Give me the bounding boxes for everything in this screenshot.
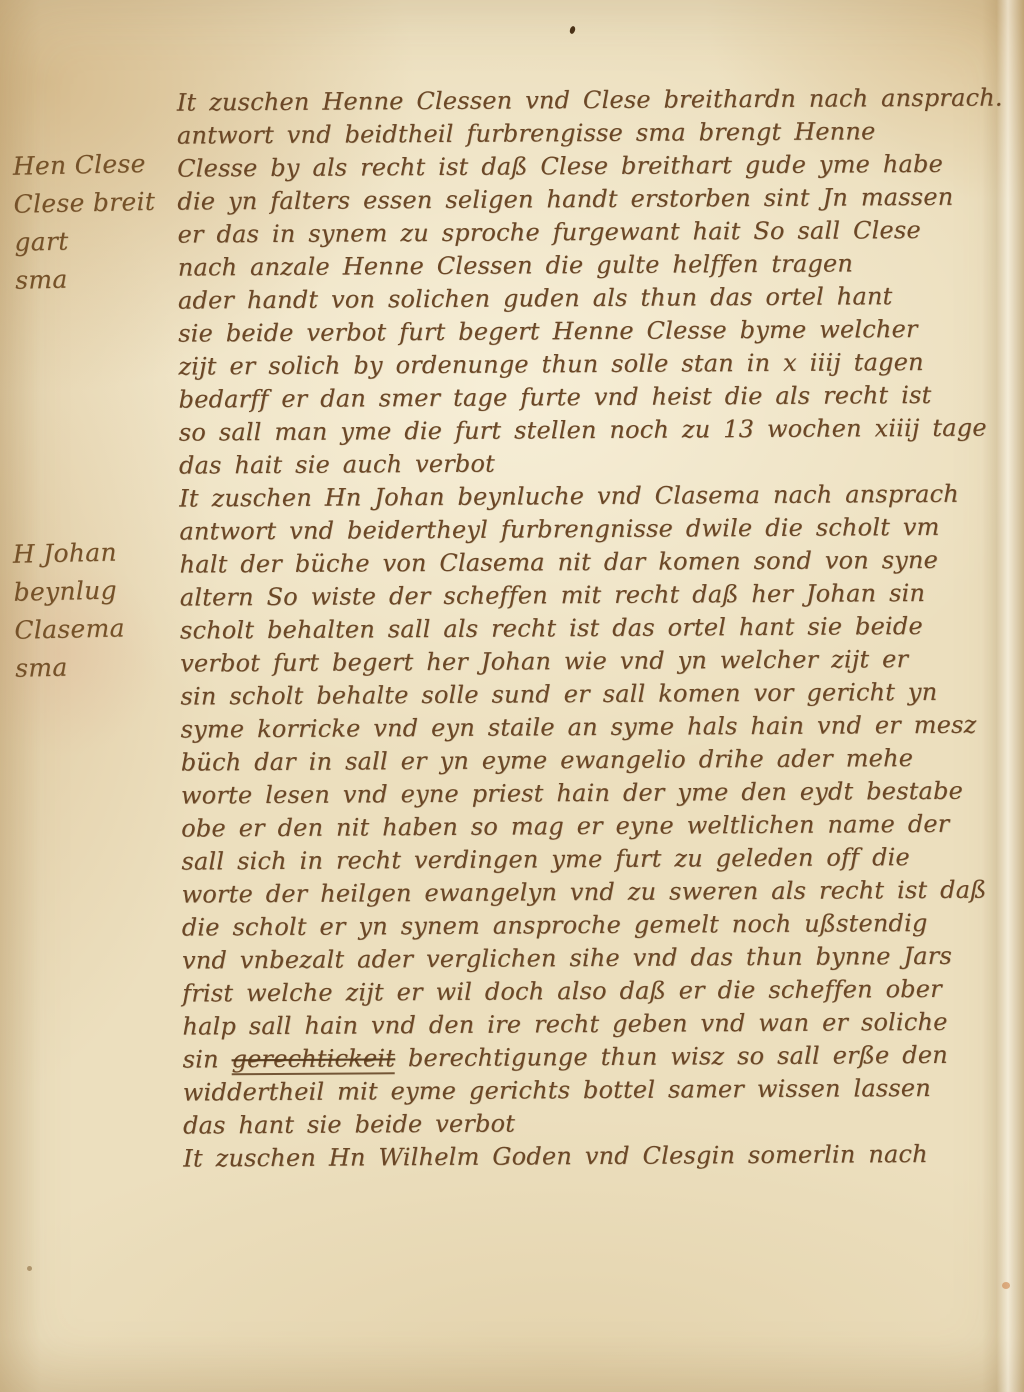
text-line: sie beide verbot furt begert Henne Cless… <box>178 312 1016 350</box>
text-line: altern So wiste der scheffen mit recht d… <box>180 576 1018 614</box>
text-block: It zuschen Henne Clessen vnd Clese breit… <box>177 81 1022 1175</box>
text-line: Clesse by als recht ist daß Clese breith… <box>177 147 1015 185</box>
text-line: halt der büche von Clasema nit dar komen… <box>180 543 1018 581</box>
text-fragment: berechtigunge thun wisz so sall erße den <box>395 1041 948 1072</box>
margin-note-line: gart <box>14 220 180 261</box>
text-line: vnd vnbezalt ader verglichen sihe vnd da… <box>182 939 1020 977</box>
text-line: er das in synem zu sproche furgewant hai… <box>177 213 1015 251</box>
text-line: syme korricke vnd eyn staile an syme hal… <box>181 708 1019 746</box>
paragraph: It zuschen Henne Clessen vnd Clese breit… <box>177 81 1017 482</box>
ink-dot <box>569 25 576 34</box>
text-line: so sall man yme die furt stellen noch zu… <box>179 411 1017 449</box>
paper-fleck <box>27 1266 32 1271</box>
margin-note-line: sma <box>15 646 181 687</box>
text-line: antwort vnd beidertheyl furbrengnisse dw… <box>179 510 1017 548</box>
margin-note-case-1: Hen CleseClese breitgartsma <box>12 144 180 299</box>
text-line: die scholt er yn synem ansproche gemelt … <box>182 906 1020 944</box>
text-line: das hant sie beide verbot <box>183 1104 1021 1142</box>
paragraph: It zuschen Hn Wilhelm Goden vnd Clesgin … <box>183 1137 1021 1175</box>
margin-note-line: beynlug <box>13 570 179 611</box>
text-line: das hait sie auch verbot <box>179 444 1017 482</box>
text-line: büch dar in sall er yn eyme ewangelio dr… <box>181 741 1019 779</box>
paragraph: It zuschen Hn Johan beynluche vnd Clasem… <box>179 477 1021 1142</box>
manuscript-page: Hen CleseClese breitgartsma H Johanbeynl… <box>0 0 1024 1392</box>
text-line: halp sall hain vnd den ire recht geben v… <box>182 1005 1020 1043</box>
text-line: die yn falters essen seligen handt ersto… <box>177 180 1015 218</box>
margin-note-line: Clese breit <box>13 182 179 223</box>
text-line: antwort vnd beidtheil furbrengisse sma b… <box>177 114 1015 152</box>
stain-dot <box>1002 1282 1010 1289</box>
text-line: ader handt von solichen guden als thun d… <box>178 279 1016 317</box>
margin-note-line: sma <box>15 258 181 299</box>
text-line: obe er den nit haben so mag er eyne welt… <box>181 807 1019 845</box>
text-line: verbot furt begert her Johan wie vnd yn … <box>180 642 1018 680</box>
text-fragment: sin <box>183 1045 232 1073</box>
text-line: worte lesen vnd eyne priest hain der yme… <box>181 774 1019 812</box>
text-line: zijt er solich by ordenunge thun solle s… <box>178 345 1016 383</box>
text-line: widdertheil mit eyme gerichts bottel sam… <box>183 1071 1021 1109</box>
text-line: It zuschen Henne Clessen vnd Clese breit… <box>177 81 1015 119</box>
margin-note-case-2: H JohanbeynlugClasemasma <box>12 532 180 687</box>
text-line: sin gerechtickeit berechtigunge thun wis… <box>183 1038 1021 1076</box>
text-line: nach anzale Henne Clessen die gulte helf… <box>178 246 1016 284</box>
text-line: worte der heilgen ewangelyn vnd zu swere… <box>182 873 1020 911</box>
text-line: frist welche zijt er wil doch also daß e… <box>182 972 1020 1010</box>
margin-note-line: H Johan <box>12 532 178 573</box>
text-line: It zuschen Hn Johan beynluche vnd Clasem… <box>179 477 1017 515</box>
margin-note-line: Clasema <box>14 608 180 649</box>
margin-note-line: Hen Clese <box>12 144 178 185</box>
struck-word: gerechtickeit <box>231 1044 395 1075</box>
text-line: bedarff er dan smer tage furte vnd heist… <box>178 378 1016 416</box>
text-line: It zuschen Hn Wilhelm Goden vnd Clesgin … <box>183 1137 1021 1175</box>
text-line: scholt behalten sall als recht ist das o… <box>180 609 1018 647</box>
text-line: sin scholt behalte solle sund er sall ko… <box>180 675 1018 713</box>
text-line: sall sich in recht verdingen yme furt zu… <box>181 840 1019 878</box>
